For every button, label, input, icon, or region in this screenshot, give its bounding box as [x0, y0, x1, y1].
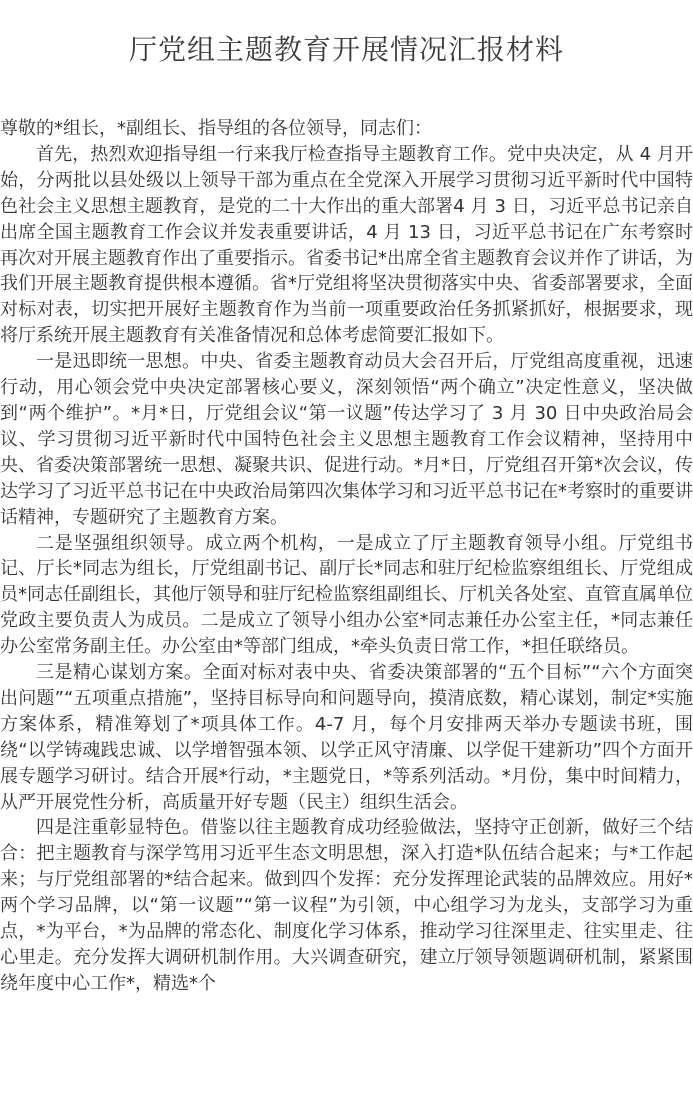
salutation: 尊敬的*组长，*副组长、指导组的各位领导，同志们： — [0, 116, 693, 142]
paragraph-characteristics: 四是注重彰显特色。借鉴以往主题教育成功经验做法，坚持守正创新，做好三个结合：把主… — [0, 815, 693, 996]
paragraph-unify-thinking: 一是迅即统一思想。中央、省委主题教育动员大会召开后，厅党组高度重视，迅速行动，用… — [0, 349, 693, 530]
paragraph-organization-leadership: 二是坚强组织领导。成立两个机构，一是成立了厅主题教育领导小组。厅党组书记、厅长*… — [0, 531, 693, 661]
document-title: 厅党组主题教育开展情况汇报材料 — [0, 30, 693, 70]
document-body: 尊敬的*组长，*副组长、指导组的各位领导，同志们： 首先，热烈欢迎指导组一行来我… — [0, 116, 693, 997]
paragraph-planning: 三是精心谋划方案。全面对标对表中央、省委决策部署的“五个目标”“六个方面突出问题… — [0, 660, 693, 815]
paragraph-introduction: 首先，热烈欢迎指导组一行来我厅检查指导主题教育工作。党中央决定，从 4 月开始，… — [0, 142, 693, 349]
